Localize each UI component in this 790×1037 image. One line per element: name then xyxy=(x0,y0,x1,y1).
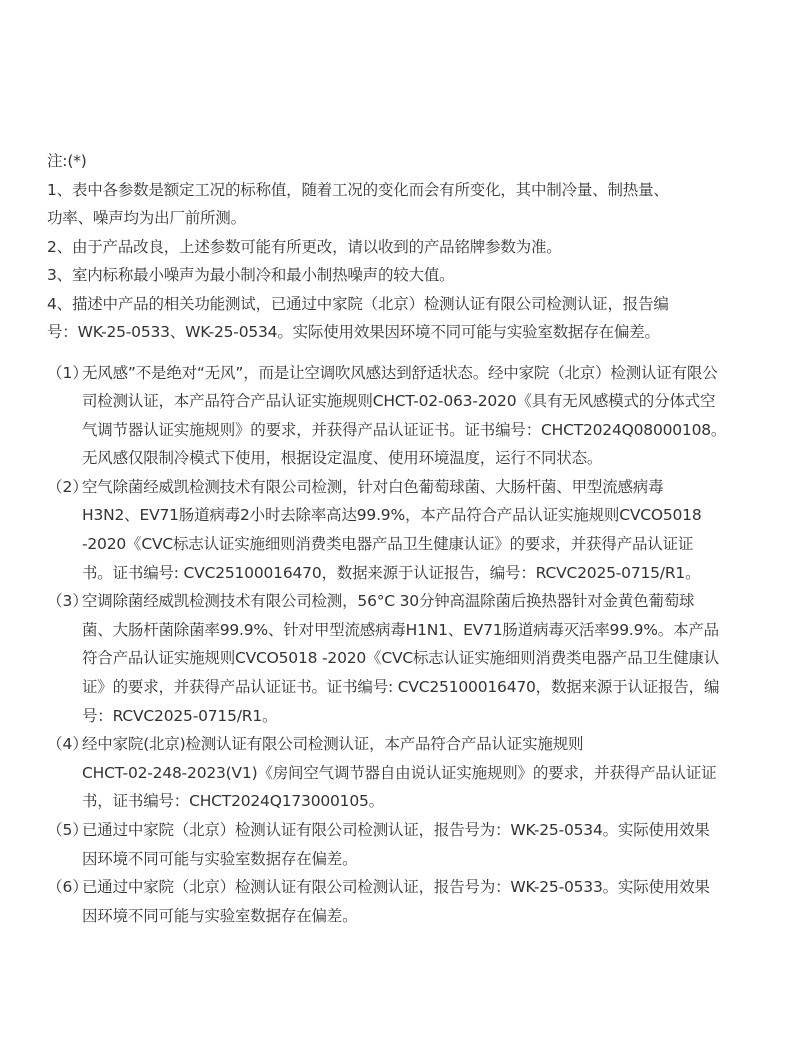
footnote-body: 经中家院(北京)检测认证有限公司检测认证，本产品符合产品认证实施规则 CHCT-… xyxy=(82,730,757,816)
footnote-6: （6） 已通过中家院（北京）检测认证有限公司检测认证，报告号为：WK-25-05… xyxy=(47,873,757,930)
footnote-line: 空气除菌经威凯检测技术有限公司检测，针对白色葡萄球菌、大肠杆菌、甲型流感病毒 xyxy=(82,473,757,502)
footnote-body: 已通过中家院（北京）检测认证有限公司检测认证，报告号为：WK-25-0534。实… xyxy=(82,816,757,873)
footnote-5: （5） 已通过中家院（北京）检测认证有限公司检测认证，报告号为：WK-25-05… xyxy=(47,816,757,873)
footnote-line: 经中家院(北京)检测认证有限公司检测认证，本产品符合产品认证实施规则 xyxy=(82,730,757,759)
footnote-line: 已通过中家院（北京）检测认证有限公司检测认证，报告号为：WK-25-0534。实… xyxy=(82,816,757,845)
footnote-line: 已通过中家院（北京）检测认证有限公司检测认证，报告号为：WK-25-0533。实… xyxy=(82,873,757,902)
footnote-number: （2） xyxy=(47,473,82,587)
footnote-line: 号：RCVC2025-0715/R1。 xyxy=(82,702,757,731)
footnote-body: 空气除菌经威凯检测技术有限公司检测，针对白色葡萄球菌、大肠杆菌、甲型流感病毒 H… xyxy=(82,473,757,587)
footnote-1: （1） 无风感”不是绝对“无风”，而是让空调吹风感达到舒适状态。经中家院（北京）… xyxy=(47,359,757,473)
notes-section: 注:(*) 1、表中各参数是额定工况的标称值，随着工况的变化而会有所变化，其中制… xyxy=(47,147,757,347)
footnote-line: H3N2、EV71肠道病毒2小时去除率高达99.9%，本产品符合产品认证实施规则… xyxy=(82,501,757,530)
note-line: 1、表中各参数是额定工况的标称值，随着工况的变化而会有所变化，其中制冷量、制热量… xyxy=(47,176,757,205)
footnote-number: （3） xyxy=(47,587,82,730)
footnote-line: 气调节器认证实施规则》的要求，并获得产品认证证书。证书编号：CHCT2024Q0… xyxy=(82,416,757,445)
footnote-line: 空调除菌经威凯检测技术有限公司检测，56°C 30分钟高温除菌后换热器针对金黄色… xyxy=(82,587,757,616)
footnote-line: 司检测认证，本产品符合产品认证实施规则CHCT-02-063-2020《具有无风… xyxy=(82,387,757,416)
footnote-body: 无风感”不是绝对“无风”，而是让空调吹风感达到舒适状态。经中家院（北京）检测认证… xyxy=(82,359,757,473)
footnote-line: 菌、大肠杆菌除菌率99.9%、针对甲型流感病毒H1N1、EV71肠道病毒灭活率9… xyxy=(82,616,757,645)
footnote-line: 因环境不同可能与实验室数据存在偏差。 xyxy=(82,845,757,874)
footnote-body: 空调除菌经威凯检测技术有限公司检测，56°C 30分钟高温除菌后换热器针对金黄色… xyxy=(82,587,757,730)
footnote-line: 因环境不同可能与实验室数据存在偏差。 xyxy=(82,902,757,931)
note-line: 号：WK-25-0533、WK-25-0534。实际使用效果因环境不同可能与实验… xyxy=(47,318,757,347)
footnote-body: 已通过中家院（北京）检测认证有限公司检测认证，报告号为：WK-25-0533。实… xyxy=(82,873,757,930)
footnote-2: （2） 空气除菌经威凯检测技术有限公司检测，针对白色葡萄球菌、大肠杆菌、甲型流感… xyxy=(47,473,757,587)
footnote-4: （4） 经中家院(北京)检测认证有限公司检测认证，本产品符合产品认证实施规则 C… xyxy=(47,730,757,816)
footnote-line: 书。证书编号: CVC25100016470，数据来源于认证报告，编号：RCVC… xyxy=(82,559,757,588)
note-line: 2、由于产品改良，上述参数可能有所更改，请以收到的产品铭牌参数为准。 xyxy=(47,233,757,262)
footnote-number: （6） xyxy=(47,873,82,930)
footnote-line: -2020《CVC标志认证实施细则消费类电器产品卫生健康认证》的要求，并获得产品… xyxy=(82,530,757,559)
footnote-line: 无风感”不是绝对“无风”，而是让空调吹风感达到舒适状态。经中家院（北京）检测认证… xyxy=(82,359,757,388)
note-line: 4、描述中产品的相关功能测试，已通过中家院（北京）检测认证有限公司检测认证，报告… xyxy=(47,290,757,319)
footnote-line: CHCT-02-248-2023(V1)《房间空气调节器自由说认证实施规则》的要… xyxy=(82,759,757,788)
footnote-line: 符合产品认证实施规则CVCO5018 -2020《CVC标志认证实施细则消费类电… xyxy=(82,644,757,673)
footnote-number: （1） xyxy=(47,359,82,473)
note-line: 功率、噪声均为出厂前所测。 xyxy=(47,204,757,233)
footnote-line: 证》的要求，并获得产品认证证书。证书编号: CVC25100016470，数据来… xyxy=(82,673,757,702)
footnote-list: （1） 无风感”不是绝对“无风”，而是让空调吹风感达到舒适状态。经中家院（北京）… xyxy=(47,359,757,931)
document: 注:(*) 1、表中各参数是额定工况的标称值，随着工况的变化而会有所变化，其中制… xyxy=(47,147,757,930)
notes-heading: 注:(*) xyxy=(47,147,757,176)
note-line: 3、室内标称最小噪声为最小制冷和最小制热噪声的较大值。 xyxy=(47,261,757,290)
footnote-line: 书，证书编号：CHCT2024Q173000105。 xyxy=(82,787,757,816)
footnote-number: （5） xyxy=(47,816,82,873)
footnote-3: （3） 空调除菌经威凯检测技术有限公司检测，56°C 30分钟高温除菌后换热器针… xyxy=(47,587,757,730)
footnote-number: （4） xyxy=(47,730,82,816)
footnote-line: 无风感仅限制冷模式下使用，根据设定温度、使用环境温度，运行不同状态。 xyxy=(82,444,757,473)
